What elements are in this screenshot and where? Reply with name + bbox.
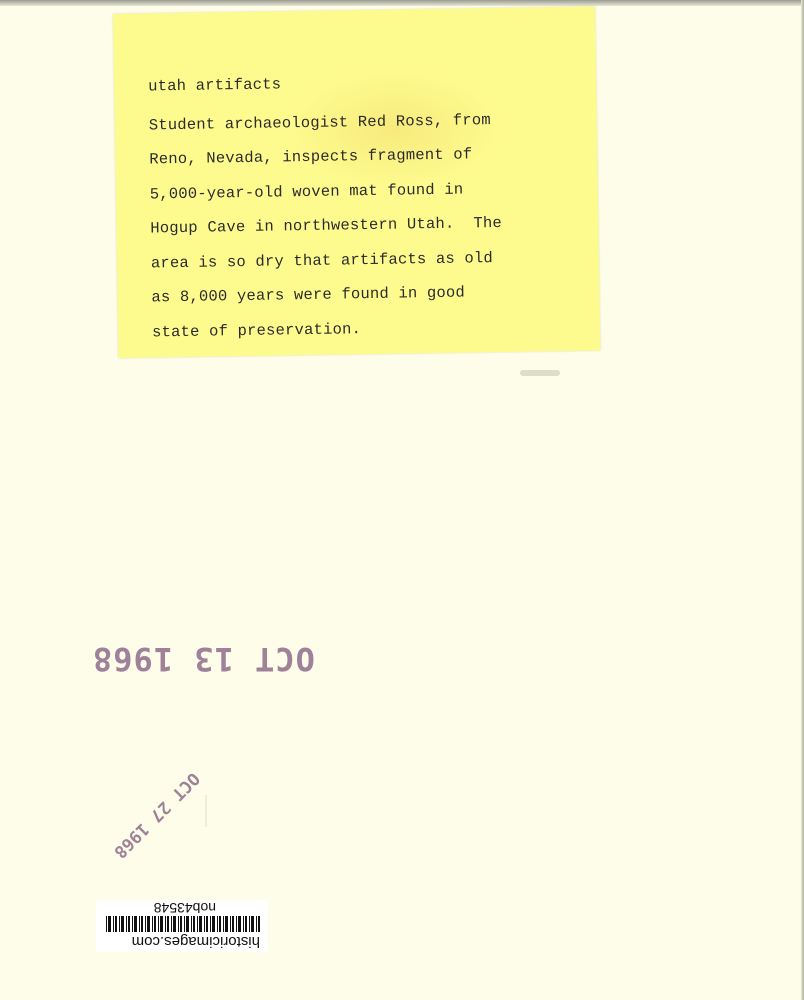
- barcode-label: historicimages.com nob43548: [96, 900, 268, 952]
- caption-title: utah artifacts: [148, 63, 578, 104]
- date-stamp-text: OCT 13 1968: [92, 640, 315, 678]
- barcode-id: nob43548: [154, 900, 216, 916]
- caption-text: utah artifacts Student archaeologist Red…: [148, 63, 582, 350]
- caption-line: state of preservation.: [152, 308, 582, 349]
- caption-slip: utah artifacts Student archaeologist Red…: [113, 6, 600, 358]
- barcode-icon: [104, 916, 260, 932]
- barcode-domain: historicimages.com: [132, 933, 260, 950]
- date-stamp-diagonal: OCT 27 1968: [109, 768, 203, 862]
- date-stamp: OCT 13 1968: [92, 640, 315, 678]
- photo-top-edge: [0, 0, 804, 6]
- smudge: [520, 370, 560, 376]
- faint-bleedthrough: [205, 795, 545, 827]
